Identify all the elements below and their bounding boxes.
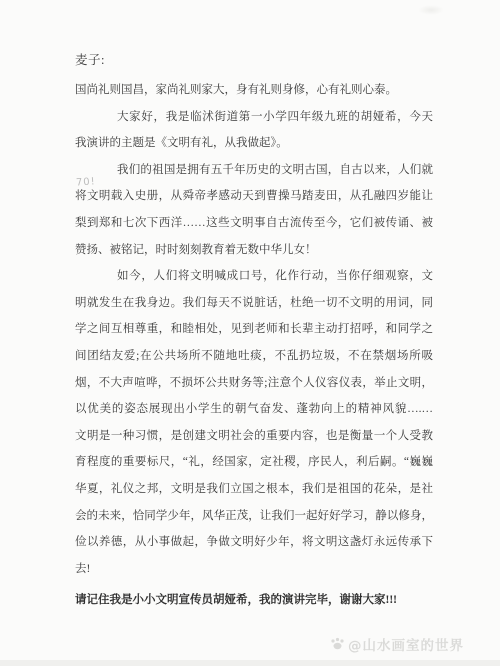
text-line: 间团结友爱;在公共场所不随地吐痰，不乱扔垃圾，不在禁烟场所吸 [75, 343, 433, 370]
body-lines: 国尚礼则国昌，家尚礼则家大，身有礼则身修，心有礼则心泰。大家好，我是临沭街道第一… [75, 77, 433, 614]
text-line: 华夏，礼仪之邦，文明是我们立国之根本，我们是祖国的花朵，是社 [75, 476, 433, 503]
text-line: 梨到郑和七次下西洋……这些文明事自古流传至今，它们被传诵、被 [75, 210, 433, 237]
text-line: 我们的祖国是拥有五千年历史的文明古国，自古以来，人们就 [75, 157, 433, 184]
text-line: 赞扬、被铭记，时时刻刻教育着无数中华儿女！ [75, 237, 433, 264]
text-line: 会的未来，恰同学少年，风华正茂，让我们一起好好学习，静以修身， [75, 503, 433, 530]
text-line: 俭以养德，从小事做起，争做文明好少年，将文明这盏灯永远传承下 [75, 529, 433, 556]
text-line: 育程度的重要标尺，“礼，经国家，定社稷，序民人，利后嗣。“巍巍 [75, 449, 433, 476]
scan-smudge [418, 5, 444, 15]
text-line: 如今，人们将文明喊成口号，化作行动，当你仔细观察，文 [75, 263, 433, 290]
text-line: 我演讲的主题是《文明有礼，从我做起》。 [75, 130, 433, 157]
salutation: 麦子: [75, 47, 433, 74]
text-line: 明就发生在我身边。我们每天不说脏话，杜绝一切不文明的用词，同 [75, 290, 433, 317]
text-line: 学之间互相尊重，和睦相处，见到老师和长辈主动打招呼，和同学之 [75, 316, 433, 343]
text-line: 文明是一种习惯，是创建文明社会的重要内容，也是衡量一个人受教 [75, 423, 433, 450]
text-line: 大家好，我是临沭街道第一小学四年级九班的胡娅希，今天 [75, 104, 433, 131]
watermark: @山水画室的世界 [330, 634, 464, 654]
text-line: 国尚礼则国昌，家尚礼则家大，身有礼则身修，心有礼则心泰。 [75, 77, 433, 104]
watermark-text: @山水画室的世界 [348, 634, 464, 654]
text-line: 以优美的姿态展现出小学生的朝气奋发、蓬勃向上的精神风貌….… [75, 396, 433, 423]
pencil-annotation: 70! [76, 176, 96, 188]
text-line: 去! [75, 556, 433, 583]
paw-icon [330, 637, 345, 651]
speech-text: 麦子: 国尚礼则国昌，家尚礼则家大，身有礼则身修，心有礼则心泰。大家好，我是临沭… [75, 47, 433, 614]
text-line: 请记住我是小小文明宣传员胡娅希，我的演讲完毕，谢谢大家!!! [75, 587, 433, 614]
text-line: 烟，不大声喧哗，不损坏公共财务等;注意个人仪容仪表，举止文明， [75, 370, 433, 397]
page-bottom-edge [0, 660, 500, 666]
text-line: 将文明载入史册，从舜帝孝感动天到曹操马踏麦田，从孔融四岁能让 [75, 183, 433, 210]
document-page: 麦子: 国尚礼则国昌，家尚礼则家大，身有礼则身修，心有礼则心泰。大家好，我是临沭… [0, 0, 500, 666]
